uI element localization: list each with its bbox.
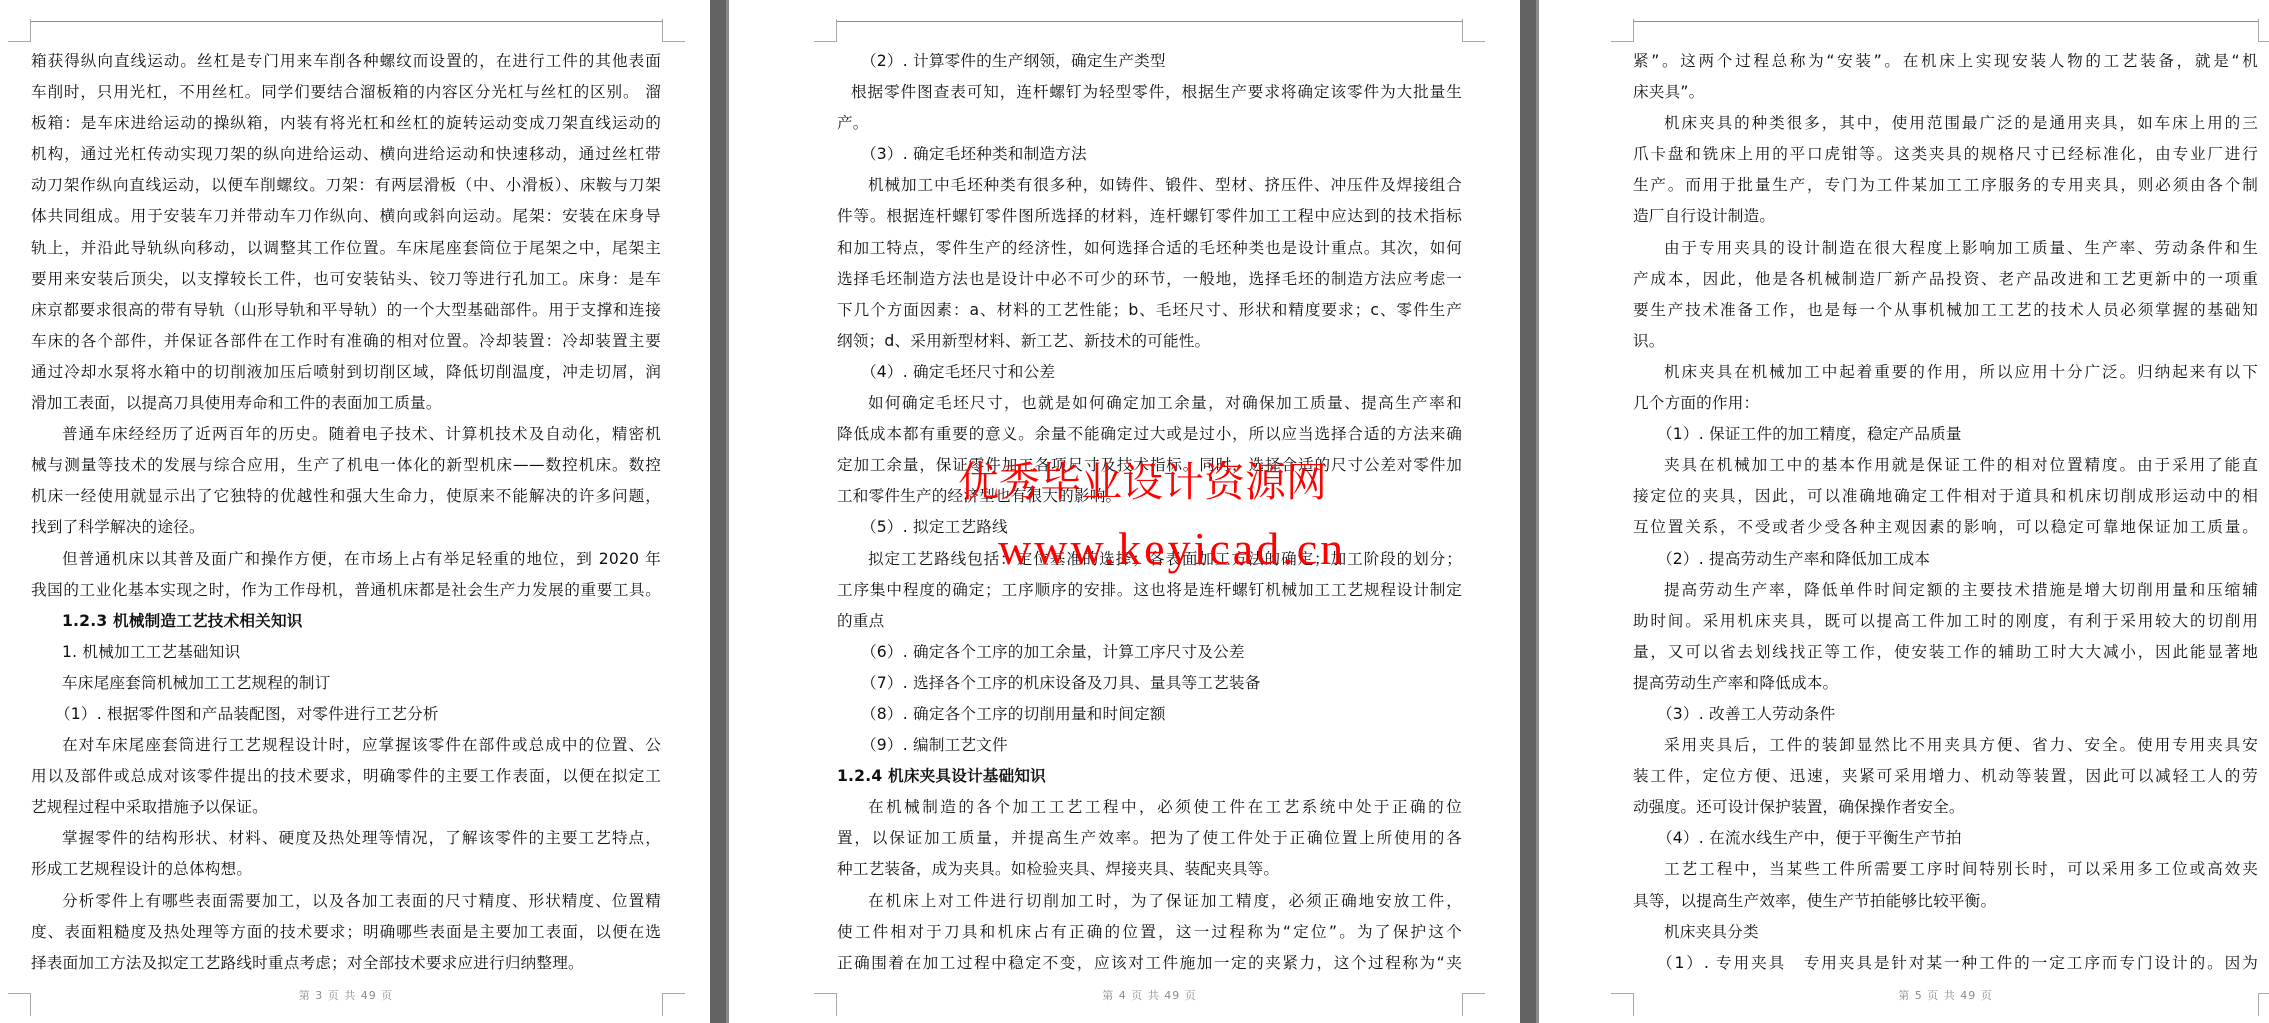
text-line: 机床一经使用就显示出了它独特的优越性和强大生命力，使原来不能解决的许多问题， <box>31 481 661 512</box>
text-line: （3）. 改善工人劳动条件 <box>1633 699 2258 730</box>
page-footer: 第 5 页 共 49 页 <box>1633 987 2258 1003</box>
margin-corner-mark <box>1462 993 1485 1016</box>
text-line: 在机械制造的各个加工工艺工程中，必须使工件在工艺系统中处于正确的位 <box>837 792 1462 823</box>
text-line: 机床夹具分类 <box>1633 917 2258 948</box>
text-line: （3）. 确定毛坯种类和制造方法 <box>837 139 1462 170</box>
text-line: 体共同组成。用于安装车刀并带动车刀作纵向、横向或斜向运动。尾架：安装在床身导 <box>31 201 661 232</box>
text-line: 紧”。这两个过程总称为“安装”。在机床上实现安装人物的工艺装备，就是“机 <box>1633 46 2258 77</box>
text-line: 降低成本都有重要的意义。余量不能确定过大或是过小，所以应当选择合适的方法来确 <box>837 419 1462 450</box>
page-gutter <box>1520 0 1539 1023</box>
text-line: 掌握零件的结构形状、材料、硬度及热处理等情况，了解该零件的主要工艺特点， <box>31 823 661 854</box>
text-line: 提高劳动生产率，降低单件时间定额的主要技术措施是增大切削用量和压缩辅 <box>1633 575 2258 606</box>
document-page-5: 紧”。这两个过程总称为“安装”。在机床上实现安装人物的工艺装备，就是“机床夹具”… <box>1539 0 2269 1023</box>
section-heading: 1.2.3 机械制造工艺技术相关知识 <box>31 606 661 637</box>
text-line: 定加工余量，保证零件加工各项尺寸及技术指标。同时，选择合适的尺寸公差对零件加 <box>837 450 1462 481</box>
text-line: 的重点 <box>837 606 1462 637</box>
text-line: 度、表面粗糙度及热处理等方面的技术要求；明确哪些表面是主要加工表面，以便在选 <box>31 917 661 948</box>
text-line: 用以及部件或总成对该零件提出的技术要求，明确零件的主要工作表面，以便在拟定工 <box>31 761 661 792</box>
margin-corner-mark <box>1462 19 1485 42</box>
text-line: 采用夹具后，工件的装卸显然比不用夹具方便、省力、安全。使用专用夹具安 <box>1633 730 2258 761</box>
text-line: 择表面加工方法及拟定工艺路线时重点考虑；对全部技术要求应进行归纳整理。 <box>31 948 661 979</box>
margin-corner-mark <box>814 993 837 1016</box>
text-line: （8）. 确定各个工序的切削用量和时间定额 <box>837 699 1462 730</box>
section-heading: 1.2.4 机床夹具设计基础知识 <box>837 761 1462 792</box>
text-line: 爪卡盘和铣床上用的平口虎钳等。这类夹具的规格尺寸已经标准化，由专业厂进行 <box>1633 139 2258 170</box>
page-footer: 第 3 页 共 49 页 <box>31 987 661 1003</box>
text-line: 板箱：是车床进给运动的操纵箱，内装有将光杠和丝杠的旋转运动变成刀架直线运动的 <box>31 108 661 139</box>
text-line: 分析零件上有哪些表面需要加工，以及各加工表面的尺寸精度、形状精度、位置精 <box>31 886 661 917</box>
text-line: 如何确定毛坯尺寸，也就是如何确定加工余量，对确保加工质量、提高生产率和 <box>837 388 1462 419</box>
document-page-3: 箱获得纵向直线运动。丝杠是专门用来车削各种螺纹而设置的，在进行工件的其他表面车削… <box>0 0 710 1023</box>
text-line: 箱获得纵向直线运动。丝杠是专门用来车削各种螺纹而设置的，在进行工件的其他表面 <box>31 46 661 77</box>
text-line: 机械加工中毛坯种类有很多种，如铸件、锻件、型材、挤压件、冲压件及焊接组合 <box>837 170 1462 201</box>
text-line: （2）. 提高劳动生产率和降低加工成本 <box>1633 544 2258 575</box>
text-line: 通过冷却水泵将水箱中的切削液加压后喷射到切削区域，降低切削温度，冲走切屑，润 <box>31 357 661 388</box>
margin-corner-mark <box>814 19 837 42</box>
text-line: 工序集中程度的确定；工序顺序的安排。这也将是连杆螺钉机械加工工艺规程设计制定 <box>837 575 1462 606</box>
page-gutter <box>710 0 729 1023</box>
text-line: 车床的各个部件，并保证各部件在工作时有准确的相对位置。冷却装置：冷却装置主要 <box>31 326 661 357</box>
text-line: 动强度。还可设计保护装置，确保操作者安全。 <box>1633 792 2258 823</box>
page-body: （2）. 计算零件的生产纲领，确定生产类型根据零件图查表可知，连杆螺钉为轻型零件… <box>837 46 1462 979</box>
text-line: 床夹具”。 <box>1633 77 2258 108</box>
text-line: 量，又可以省去划线找正等工作，使安装工作的辅助工时大大减小，因此能显著地 <box>1633 637 2258 668</box>
text-line: （1）. 专用夹具 专用夹具是针对某一种工件的一定工序而专门设计的。因为 <box>1633 948 2258 979</box>
text-line: 接定位的夹具，因此，可以准确地确定工件相对于道具和机床切削成形运动中的相 <box>1633 481 2258 512</box>
text-line: 纲领；d、采用新型材料、新工艺、新技术的可能性。 <box>837 326 1462 357</box>
text-line: 几个方面的作用： <box>1633 388 2258 419</box>
text-line: 我国的工业化基本实现之时，作为工作母机，普通机床都是社会生产力发展的重要工具。 <box>31 575 661 606</box>
text-line: 生产。而用于批量生产，专门为工件某加工工序服务的专用夹具，则必须由各个制 <box>1633 170 2258 201</box>
text-line: 在对车床尾座套筒进行工艺规程设计时，应掌握该零件在部件或总成中的位置、公 <box>31 730 661 761</box>
text-line: 轨上，并沿此导轨纵向移动，以调整其工作位置。车床尾座套筒位于尾架之中，尾架主 <box>31 233 661 264</box>
text-line: 车床尾座套筒机械加工工艺规程的制订 <box>31 668 661 699</box>
text-line: 造厂自行设计制造。 <box>1633 201 2258 232</box>
text-line: 在机床上对工件进行切削加工时，为了保证加工精度，必须正确地安放工件， <box>837 886 1462 917</box>
text-line: 床京都要求很高的带有导轨（山形导轨和平导轨）的一个大型基础部件。用于支撑和连接 <box>31 295 661 326</box>
text-line: 滑加工表面，以提高刀具使用寿命和工件的表面加工质量。 <box>31 388 661 419</box>
text-line: 形成工艺规程设计的总体构想。 <box>31 854 661 885</box>
text-line: 工和零件生产的经济型也有很大的影响。 <box>837 481 1462 512</box>
text-line: 但普通机床以其普及面广和操作方便，在市场上占有举足轻重的地位，到 2020 年 <box>31 544 661 575</box>
text-line: 工艺工程中，当某些工件所需要工序时间特别长时，可以采用多工位或高效夹 <box>1633 854 2258 885</box>
text-line: 要用来安装后顶尖，以支撑较长工件，也可安装钻头、铰刀等进行孔加工。床身：是车 <box>31 264 661 295</box>
text-line: 动刀架作纵向直线运动，以便车削螺纹。刀架：有两层滑板（中、小滑板）、床鞍与刀架 <box>31 170 661 201</box>
text-line: （2）. 计算零件的生产纲领，确定生产类型 <box>837 46 1462 77</box>
text-line: 1. 机械加工工艺基础知识 <box>31 637 661 668</box>
text-line: 产。 <box>837 108 1462 139</box>
text-line: （4）. 确定毛坯尺寸和公差 <box>837 357 1462 388</box>
text-line: 机床夹具在机械加工中起着重要的作用，所以应用十分广泛。归纳起来有以下 <box>1633 357 2258 388</box>
text-line: 艺规程过程中采取措施予以保证。 <box>31 792 661 823</box>
text-line: 和加工特点，零件生产的经济性，如何选择合适的毛坯种类也是设计重点。其次，如何 <box>837 233 1462 264</box>
header-line <box>31 21 663 22</box>
text-line: 置，以保证加工质量，并提高生产效率。把为了使工件处于正确位置上所使用的各 <box>837 823 1462 854</box>
page-body: 紧”。这两个过程总称为“安装”。在机床上实现安装人物的工艺装备，就是“机床夹具”… <box>1633 46 2258 979</box>
header-line <box>1633 21 2259 22</box>
text-line: 要生产技术准备工作，也是每一个从事机械加工工艺的技术人员必须掌握的基础知 <box>1633 295 2258 326</box>
text-line: 由于专用夹具的设计制造在很大程度上影响加工质量、生产率、劳动条件和生 <box>1633 233 2258 264</box>
text-line: 机构，通过光杠传动实现刀架的纵向进给运动、横向进给运动和快速移动，通过丝杠带 <box>31 139 661 170</box>
text-line: 助时间。采用机床夹具，既可以提高工件加工时的刚度，有利于采用较大的切削用 <box>1633 606 2258 637</box>
text-line: 件等。根据连杆螺钉零件图所选择的材料，连杆螺钉零件加工工程中应达到的技术指标 <box>837 201 1462 232</box>
header-line <box>836 21 1463 22</box>
margin-corner-mark <box>662 993 685 1016</box>
text-line: 种工艺装备，成为夹具。如检验夹具、焊接夹具、装配夹具等。 <box>837 854 1462 885</box>
text-line: （9）. 编制工艺文件 <box>837 730 1462 761</box>
text-line: 机床夹具的种类很多，其中，使用范围最广泛的是通用夹具，如车床上用的三 <box>1633 108 2258 139</box>
text-line: 选择毛坯制造方法也是设计中必不可少的环节，一般地，选择毛坯的制造方法应考虑一 <box>837 264 1462 295</box>
margin-corner-mark <box>2258 993 2269 1016</box>
margin-corner-mark <box>1611 993 1634 1016</box>
text-line: 使工件相对于刀具和机床占有正确的位置，这一过程称为“定位”。为了保护这个 <box>837 917 1462 948</box>
text-line: （6）. 确定各个工序的加工余量，计算工序尺寸及公差 <box>837 637 1462 668</box>
text-line: 互位置关系，不受或者少受各种主观因素的影响，可以稳定可靠地保证加工质量。 <box>1633 512 2258 543</box>
margin-corner-mark <box>8 993 31 1016</box>
margin-corner-mark <box>662 19 685 42</box>
page-footer: 第 4 页 共 49 页 <box>837 987 1462 1003</box>
text-line: （1）. 保证工件的加工精度，稳定产品质量 <box>1633 419 2258 450</box>
text-line: 根据零件图查表可知，连杆螺钉为轻型零件，根据生产要求将确定该零件为大批量生 <box>837 77 1462 108</box>
margin-corner-mark <box>2258 19 2269 42</box>
text-line: 拟定工艺路线包括：定位基准的选择；各表面加工方法的确定；加工阶段的划分； <box>837 544 1462 575</box>
text-line: 下几个方面因素：a、材料的工艺性能；b、毛坯尺寸、形状和精度要求；c、零件生产 <box>837 295 1462 326</box>
margin-corner-mark <box>8 19 31 42</box>
text-line: 识。 <box>1633 326 2258 357</box>
text-line: （4）. 在流水线生产中，便于平衡生产节拍 <box>1633 823 2258 854</box>
page-body: 箱获得纵向直线运动。丝杠是专门用来车削各种螺纹而设置的，在进行工件的其他表面车削… <box>31 46 661 979</box>
text-line: 装工件，定位方便、迅速，夹紧可采用增力、机动等装置，因此可以减轻工人的劳 <box>1633 761 2258 792</box>
text-line: 找到了科学解决的途径。 <box>31 512 661 543</box>
text-line: 正确围着在加工过程中稳定不变，应该对工件施加一定的夹紧力，这个过程称为“夹 <box>837 948 1462 979</box>
margin-corner-mark <box>1611 19 1634 42</box>
text-line: 产成本，因此，他是各机械制造厂新产品投资、老产品改进和工艺更新中的一项重 <box>1633 264 2258 295</box>
text-line: （7）. 选择各个工序的机床设备及刀具、量具等工艺装备 <box>837 668 1462 699</box>
text-line: 械与测量等技术的发展与综合应用，生产了机电一体化的新型机床——数控机床。数控 <box>31 450 661 481</box>
text-line: 车削时，只用光杠，不用丝杠。同学们要结合溜板箱的内容区分光杠与丝杠的区别。 溜 <box>31 77 661 108</box>
document-page-4: （2）. 计算零件的生产纲领，确定生产类型根据零件图查表可知，连杆螺钉为轻型零件… <box>729 0 1520 1023</box>
text-line: 夹具在机械加工中的基本作用就是保证工件的相对位置精度。由于采用了能直 <box>1633 450 2258 481</box>
text-line: 提高劳动生产率和降低成本。 <box>1633 668 2258 699</box>
text-line: （1）. 根据零件图和产品装配图，对零件进行工艺分析 <box>31 699 661 730</box>
text-line: （5）. 拟定工艺路线 <box>837 512 1462 543</box>
text-line: 具等，以提高生产效率，使生产节拍能够比较平衡。 <box>1633 886 2258 917</box>
text-line: 普通车床经经历了近两百年的历史。随着电子技术、计算机技术及自动化，精密机 <box>31 419 661 450</box>
